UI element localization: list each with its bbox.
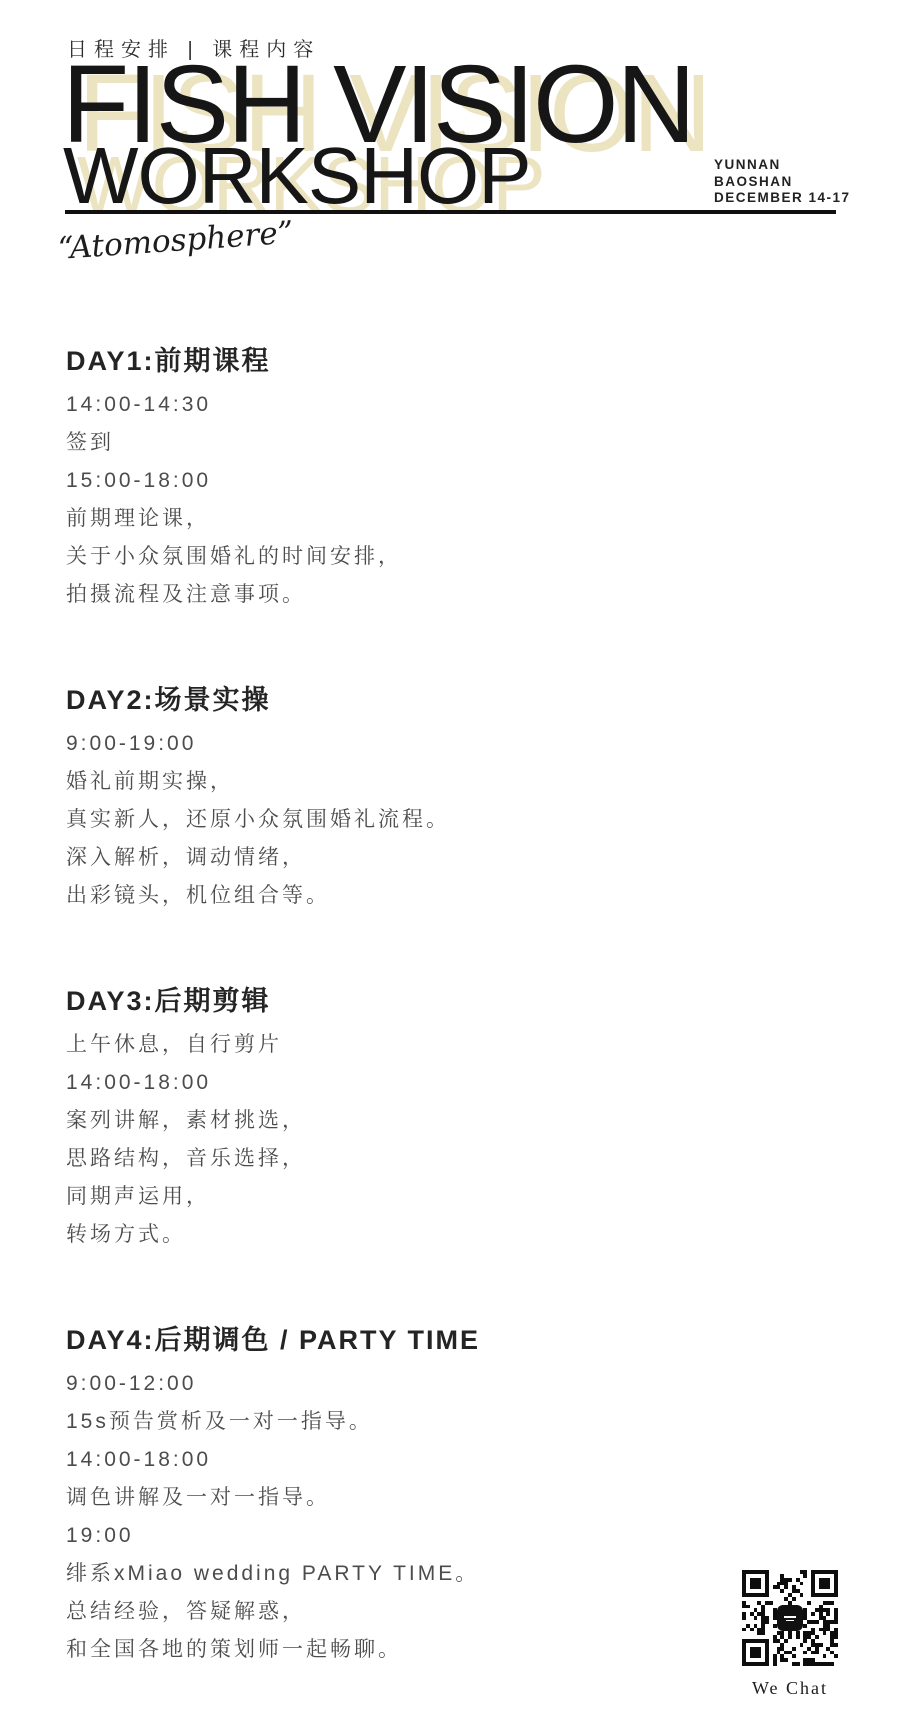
schedule-line: 关于小众氛围婚礼的时间安排， [66, 538, 766, 576]
workshop-poster: 日程安排 | 课程内容 FISH VISION WORKSHOP YUNNAN … [0, 0, 900, 1731]
schedule-line: 案列讲解，素材挑选， [66, 1102, 766, 1140]
poster-title-line2: WORKSHOP [63, 136, 531, 216]
day-title: DAY4:后期调色 / PARTY TIME [66, 1318, 766, 1357]
day-title: DAY1:前期课程 [66, 339, 766, 378]
script-note: “Atomosphere” [57, 215, 295, 267]
schedule-line: 14:00-18:00 [66, 1441, 766, 1479]
day-lines: 9:00-19:00婚礼前期实操，真实新人，还原小众氛围婚礼流程。深入解析，调动… [66, 725, 766, 915]
venue-line: BAOSHAN [714, 174, 851, 191]
schedule-line: 思路结构，音乐选择， [66, 1140, 766, 1178]
schedule-line: 调色讲解及一对一指导。 [66, 1479, 766, 1517]
day-title: DAY2:场景实操 [66, 678, 766, 717]
day-title: DAY3:后期剪辑 [66, 979, 766, 1018]
day-lines: 14:00-14:30签到15:00-18:00前期理论课，关于小众氛围婚礼的时… [66, 386, 766, 614]
wechat-block: We Chat [722, 1570, 858, 1699]
schedule-line: 15s预告赏析及一对一指导。 [66, 1403, 766, 1441]
schedule-line: 真实新人，还原小众氛围婚礼流程。 [66, 801, 766, 839]
day-lines: 9:00-12:0015s预告赏析及一对一指导。14:00-18:00调色讲解及… [66, 1365, 766, 1669]
schedule: DAY1:前期课程 14:00-14:30签到15:00-18:00前期理论课，… [66, 303, 766, 1669]
schedule-line: 15:00-18:00 [66, 462, 766, 500]
schedule-line: 出彩镜头，机位组合等。 [66, 877, 766, 915]
schedule-line: 深入解析，调动情绪， [66, 839, 766, 877]
wechat-qr-code [742, 1570, 838, 1666]
day-section: DAY4:后期调色 / PARTY TIME 9:00-12:0015s预告赏析… [66, 1318, 766, 1669]
schedule-line: 上午休息，自行剪片 [66, 1026, 766, 1064]
venue-line: DECEMBER 14-17 [714, 190, 851, 207]
day-section: DAY1:前期课程 14:00-14:30签到15:00-18:00前期理论课，… [66, 339, 766, 614]
qr-center-logo [777, 1605, 803, 1631]
schedule-line: 拍摄流程及注意事项。 [66, 576, 766, 614]
schedule-line: 和全国各地的策划师一起畅聊。 [66, 1631, 766, 1669]
schedule-line: 14:00-14:30 [66, 386, 766, 424]
schedule-line: 同期声运用， [66, 1178, 766, 1216]
schedule-line: 前期理论课， [66, 500, 766, 538]
day-section: DAY2:场景实操 9:00-19:00婚礼前期实操，真实新人，还原小众氛围婚礼… [66, 678, 766, 915]
schedule-line: 9:00-12:00 [66, 1365, 766, 1403]
schedule-line: 转场方式。 [66, 1216, 766, 1254]
day-lines: 上午休息，自行剪片14:00-18:00案列讲解，素材挑选，思路结构，音乐选择，… [66, 1026, 766, 1254]
schedule-line: 19:00 [66, 1517, 766, 1555]
header-divider [65, 210, 836, 214]
schedule-line: 婚礼前期实操， [66, 763, 766, 801]
schedule-line: 总结经验，答疑解惑， [66, 1593, 766, 1631]
schedule-line: 9:00-19:00 [66, 725, 766, 763]
schedule-line: 签到 [66, 424, 766, 462]
venue-line: YUNNAN [714, 157, 851, 174]
venue-block: YUNNAN BAOSHAN DECEMBER 14-17 [714, 157, 851, 207]
day-section: DAY3:后期剪辑 上午休息，自行剪片14:00-18:00案列讲解，素材挑选，… [66, 979, 766, 1254]
wechat-label: We Chat [722, 1678, 858, 1699]
schedule-line: 绯系xMiao wedding PARTY TIME。 [66, 1555, 766, 1593]
schedule-line: 14:00-18:00 [66, 1064, 766, 1102]
